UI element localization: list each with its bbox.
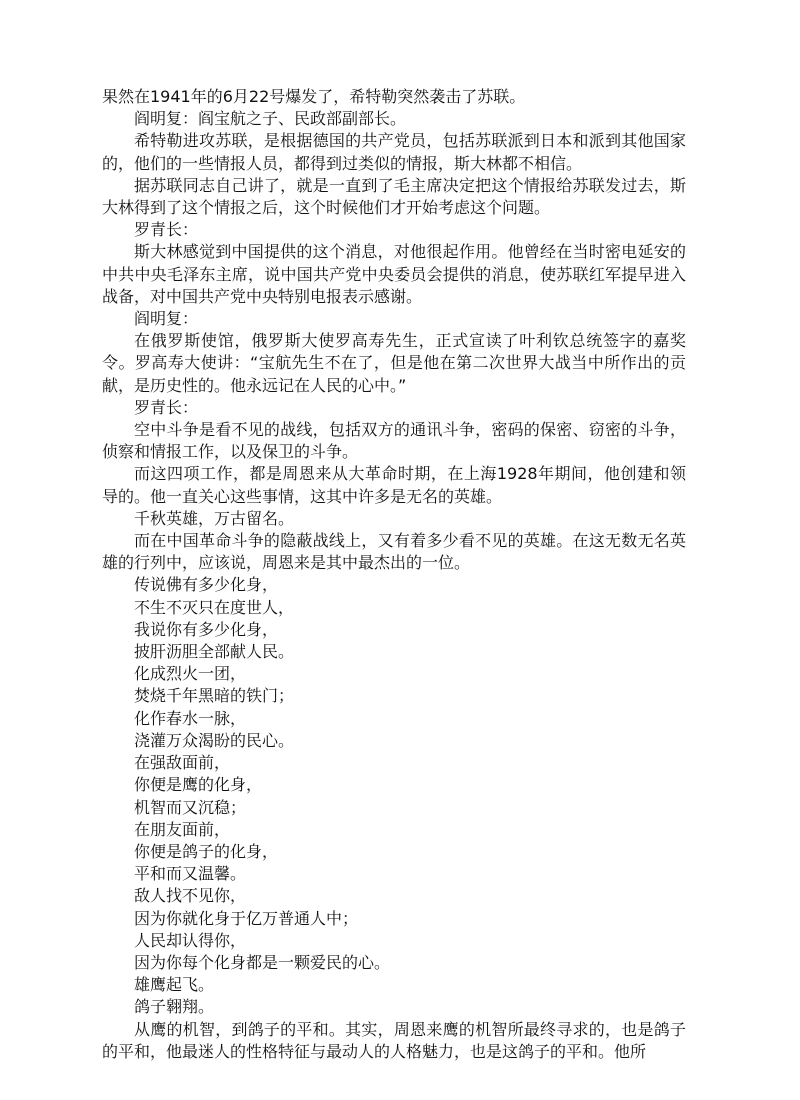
speaker-label: 罗青长： (102, 397, 686, 419)
poem-line: 化成烈火一团， (102, 663, 686, 685)
paragraph: 空中斗争是看不见的战线，包括双方的通讯斗争，密码的保密、窃密的斗争，侦察和情报工… (102, 419, 686, 463)
paragraph: 希特勒进攻苏联，是根据德国的共产党员，包括苏联派到日本和派到其他国家的，他们的一… (102, 130, 686, 174)
poem-line: 平和而又温馨。 (102, 863, 686, 885)
document-page: 果然在1941年的6月22号爆发了，希特勒突然袭击了苏联。 阎明复：阎宝航之子、… (102, 86, 686, 1063)
paragraph: 从鹰的机智，到鸽子的平和。其实，周恩来鹰的机智所最终寻求的，也是鸽子的平和，他最… (102, 1019, 686, 1063)
poem-line: 化作春水一脉， (102, 708, 686, 730)
poem-line: 在朋友面前， (102, 819, 686, 841)
poem-line: 人民却认得你， (102, 930, 686, 952)
speaker-label: 罗青长： (102, 219, 686, 241)
paragraph: 阎明复：阎宝航之子、民政部副部长。 (102, 108, 686, 130)
poem-line: 因为你就化身于亿万普通人中； (102, 908, 686, 930)
poem-line: 我说你有多少化身， (102, 619, 686, 641)
poem-line: 披肝沥胆全部献人民。 (102, 641, 686, 663)
paragraph: 而这四项工作，都是周恩来从大革命时期，在上海1928年期间，他创建和领导的。他一… (102, 463, 686, 507)
poem-line: 因为你每个化身都是一颗爱民的心。 (102, 952, 686, 974)
poem-line: 在强敌面前， (102, 752, 686, 774)
paragraph: 千秋英雄，万古留名。 (102, 508, 686, 530)
paragraph: 雄鹰起飞。 (102, 974, 686, 996)
poem-line: 敌人找不见你， (102, 885, 686, 907)
paragraph: 而在中国革命斗争的隐蔽战线上，又有着多少看不见的英雄。在这无数无名英雄的行列中，… (102, 530, 686, 574)
poem-line: 你便是鸽子的化身， (102, 841, 686, 863)
poem-line: 机智而又沉稳； (102, 797, 686, 819)
paragraph: 据苏联同志自己讲了，就是一直到了毛主席决定把这个情报给苏联发过去，斯大林得到了这… (102, 175, 686, 219)
paragraph: 鸽子翱翔。 (102, 996, 686, 1018)
poem-line: 浇灌万众渴盼的民心。 (102, 730, 686, 752)
poem-line: 不生不灭只在度世人， (102, 597, 686, 619)
speaker-label: 阎明复： (102, 308, 686, 330)
paragraph: 果然在1941年的6月22号爆发了，希特勒突然袭击了苏联。 (102, 86, 686, 108)
poem-line: 传说佛有多少化身， (102, 574, 686, 596)
paragraph: 在俄罗斯使馆，俄罗斯大使罗高寿先生，正式宣读了叶利钦总统签字的嘉奖令。罗高寿大使… (102, 330, 686, 397)
poem-line: 焚烧千年黑暗的铁门； (102, 685, 686, 707)
poem-line: 你便是鹰的化身， (102, 774, 686, 796)
paragraph: 斯大林感觉到中国提供的这个消息，对他很起作用。他曾经在当时密电延安的中共中央毛泽… (102, 241, 686, 308)
